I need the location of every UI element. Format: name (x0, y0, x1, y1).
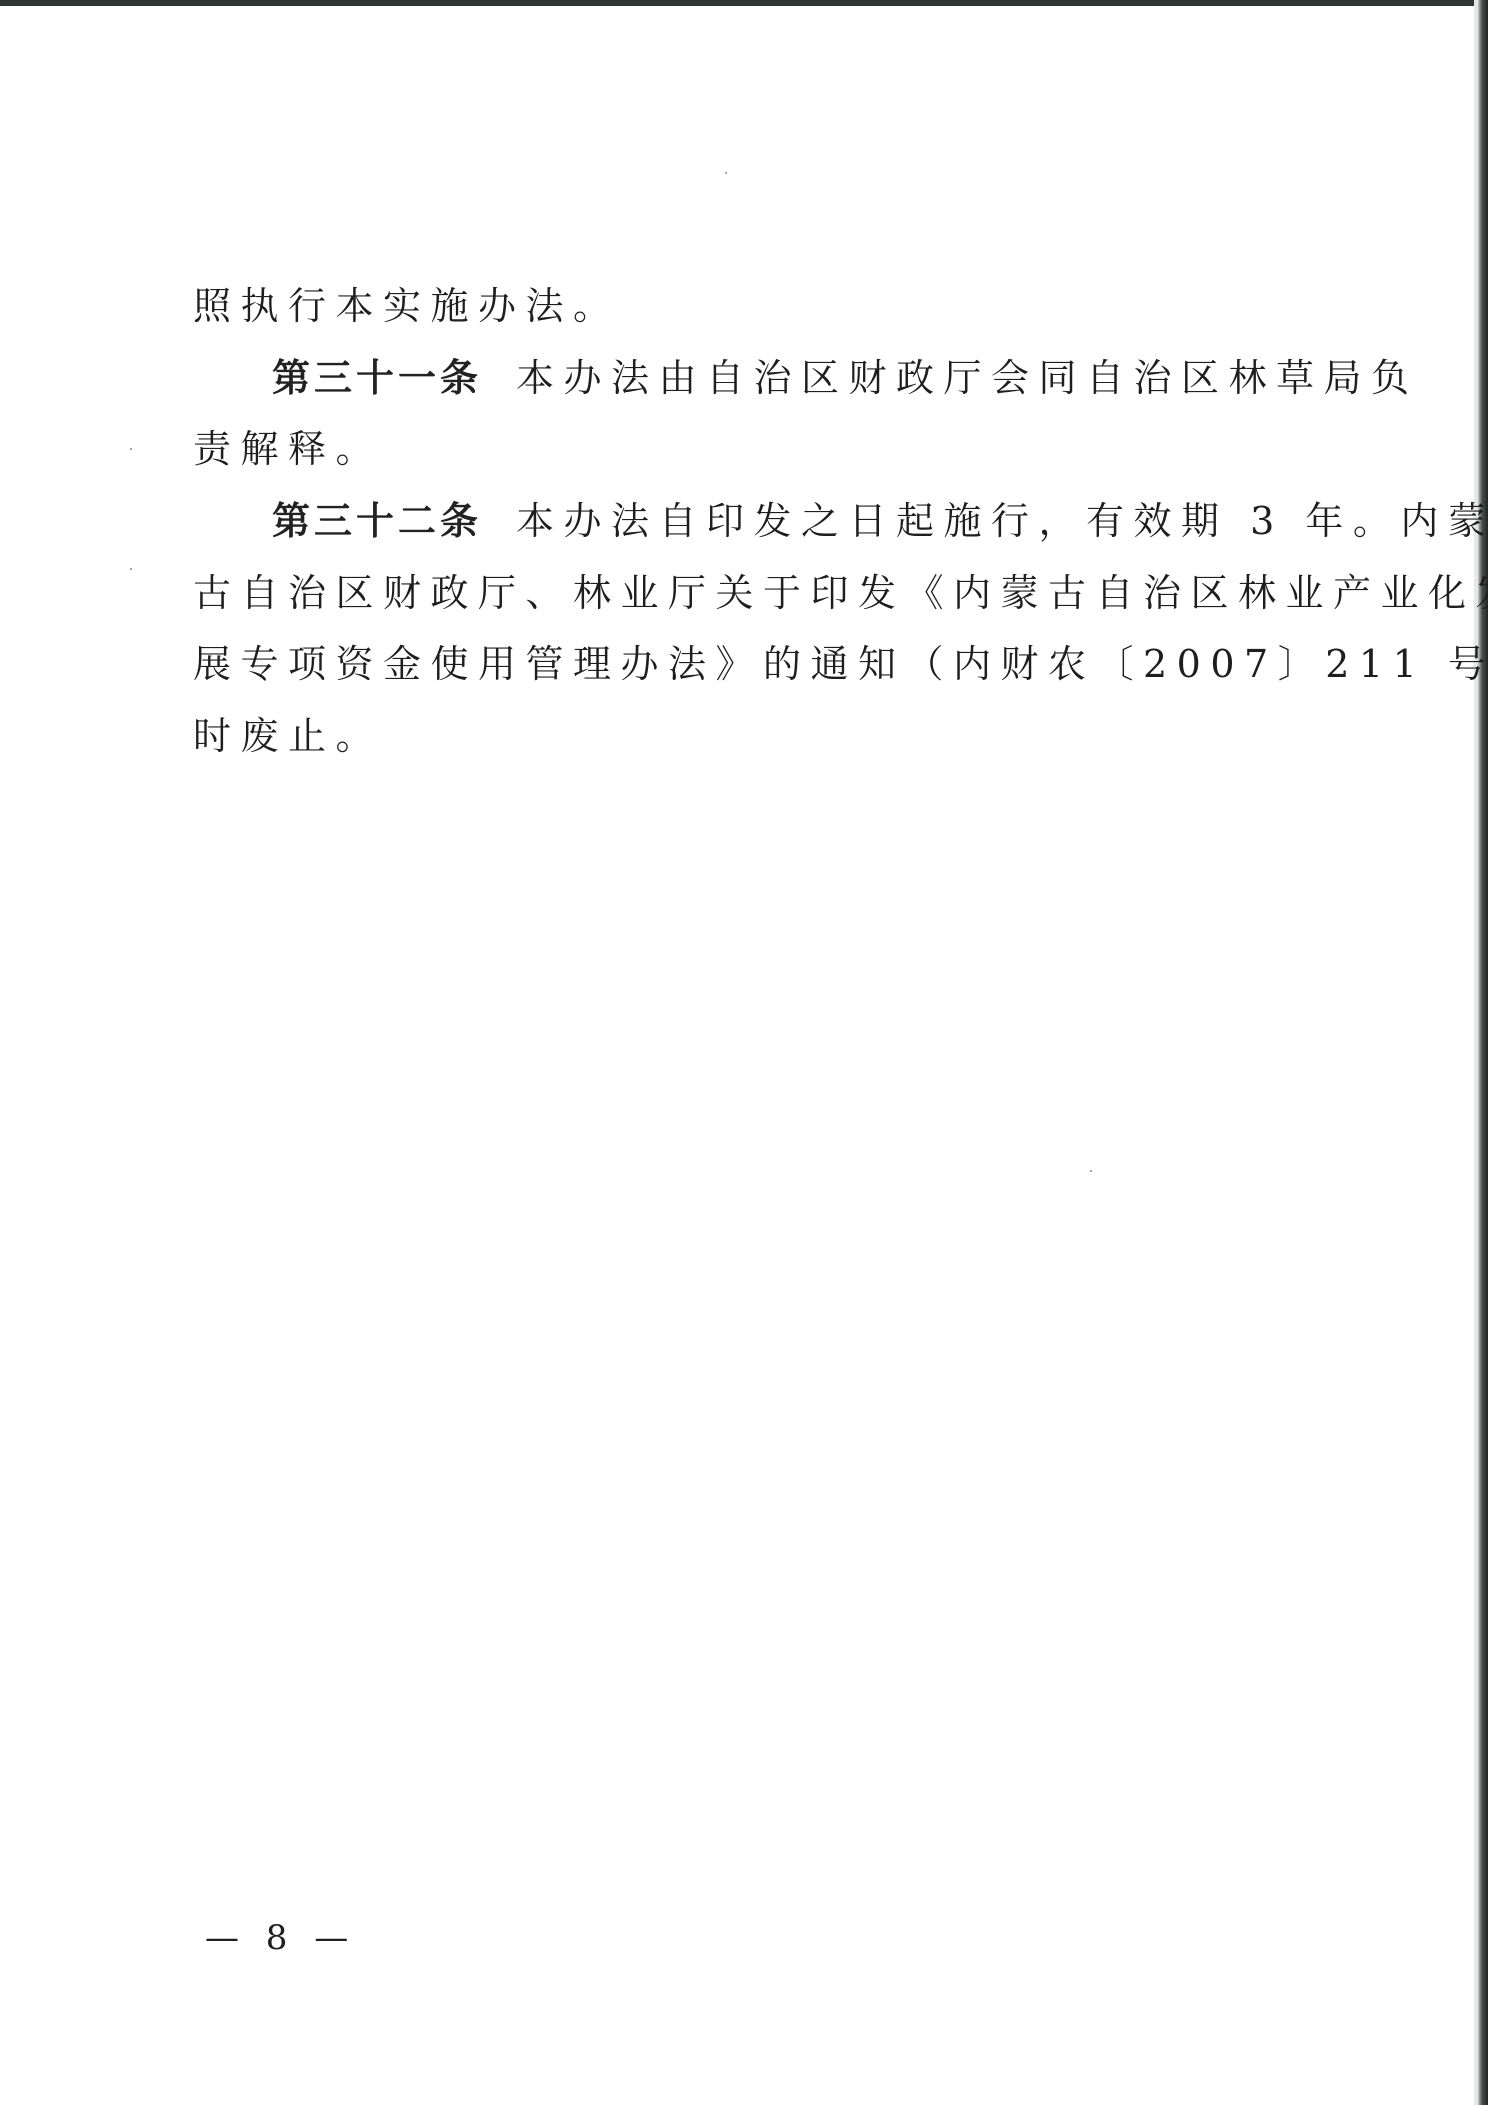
line-text: 展专项资金使用管理办法》的通知（内财农〔2007〕211 号）同 (193, 642, 1488, 686)
paragraph-line-1: 照执行本实施办法。 (193, 280, 621, 352)
paragraph-line-6: 展专项资金使用管理办法》的通知（内财农〔2007〕211 号）同 (193, 638, 1488, 710)
scan-speck (130, 568, 132, 570)
scan-speck (725, 172, 727, 174)
article-31-line: 第三十一条本办法由自治区财政厅会同自治区林草局负 (272, 352, 1419, 424)
article-heading: 第三十二条 (272, 499, 482, 543)
paragraph-line-5: 古自治区财政厅、林业厅关于印发《内蒙古自治区林业产业化发 (193, 567, 1488, 639)
line-text: 本办法由自治区财政厅会同自治区林草局负 (516, 356, 1419, 400)
scan-speck (1090, 1170, 1092, 1172)
scan-speck (130, 448, 132, 450)
article-32-line: 第三十二条本办法自印发之日起施行，有效期 3 年。内蒙 (272, 495, 1488, 567)
line-text: 古自治区财政厅、林业厅关于印发《内蒙古自治区林业产业化发 (193, 571, 1488, 615)
page-number: — 8 — (205, 1918, 356, 1958)
scan-right-edge (1478, 0, 1488, 2105)
scan-top-edge (0, 0, 1488, 6)
line-text: 时废止。 (193, 714, 383, 758)
article-heading: 第三十一条 (272, 356, 482, 400)
line-text: 照执行本实施办法。 (193, 284, 621, 328)
line-text: 责解释。 (193, 427, 383, 471)
paragraph-line-3: 责解释。 (193, 423, 383, 495)
paragraph-line-7: 时废止。 (193, 710, 383, 782)
line-text: 本办法自印发之日起施行，有效期 3 年。内蒙 (516, 499, 1488, 543)
